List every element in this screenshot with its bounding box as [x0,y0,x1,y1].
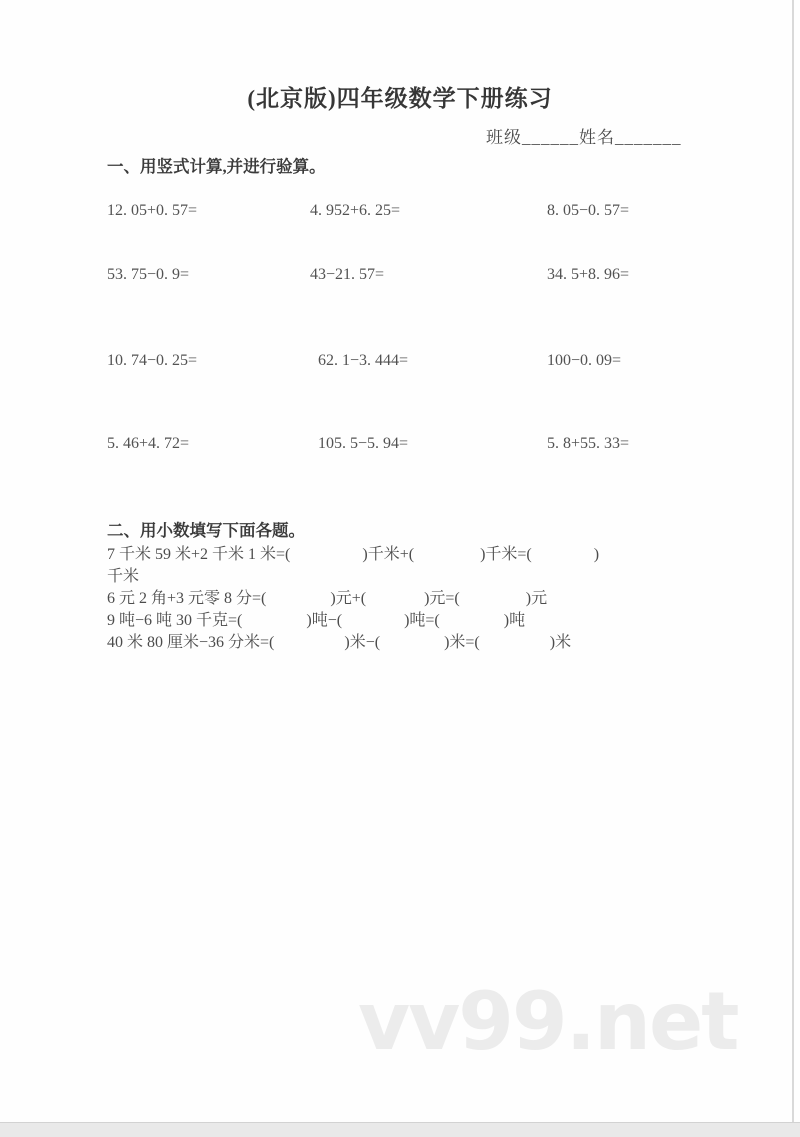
fill-line-text: )元=( [424,590,460,607]
fill-line-text: )米=( [444,634,480,651]
answer-blank [290,558,362,559]
math-problem: 105. 5−5. 94= [318,435,408,453]
math-problem: 4. 952+6. 25= [310,202,400,220]
math-problem: 43−21. 57= [310,266,384,284]
answer-blank [480,646,550,647]
math-problem: 5. 8+55. 33= [547,435,629,453]
class-name-line: 班级______姓名_______ [486,123,682,148]
fill-line-text: )吨−( [306,612,342,629]
section1-heading: 一、用竖式计算,并进行验算。 [107,153,326,177]
math-problem: 34. 5+8. 96= [547,266,629,284]
answer-blank [342,624,404,625]
answer-blank [460,602,526,603]
fill-line-text: )吨 [504,612,525,629]
math-problem: 100−0. 09= [547,352,621,370]
fill-line-text: )吨=( [404,612,440,629]
fill-line-text: 7 千米 59 米+2 千米 1 米=( [107,546,290,563]
fill-line-text: )元+( [330,590,366,607]
math-problem: 10. 74−0. 25= [107,352,197,370]
fill-line-text: )千米=( [480,546,532,563]
fill-blank-line: 7 千米 59 米+2 千米 1 米=()千米+()千米=() [107,541,599,564]
fill-blank-line: 6 元 2 角+3 元零 8 分=()元+()元=()元 [107,585,547,608]
fill-line-text: 40 米 80 厘米−36 分米=( [107,634,274,651]
answer-blank [274,646,344,647]
answer-blank [414,558,480,559]
answer-blank [366,602,424,603]
site-watermark: vv99.net [358,982,737,1062]
page-bottom-strip [0,1122,800,1137]
answer-blank [380,646,444,647]
math-problem: 53. 75−0. 9= [107,266,189,284]
fill-blank-line-continuation: 千米 [107,563,139,586]
worksheet-page: (北京版)四年级数学下册练习 班级______姓名_______ 一、用竖式计算… [0,0,800,1137]
page-right-edge [792,0,794,1122]
fill-line-text: 6 元 2 角+3 元零 8 分=( [107,590,266,607]
fill-line-text: )米 [550,634,571,651]
fill-blank-line: 40 米 80 厘米−36 分米=()米−()米=()米 [107,629,571,652]
answer-blank [440,624,504,625]
fill-line-text: )千米+( [362,546,414,563]
math-problem: 5. 46+4. 72= [107,435,189,453]
math-problem: 12. 05+0. 57= [107,202,197,220]
answer-blank [242,624,306,625]
section2-heading: 二、用小数填写下面各题。 [107,517,305,541]
answer-blank [266,602,330,603]
fill-line-text: 9 吨−6 吨 30 千克=( [107,612,242,629]
math-problem: 62. 1−3. 444= [318,352,408,370]
fill-line-text: )米−( [344,634,380,651]
fill-line-text: )元 [526,590,547,607]
fill-line-text: ) [594,546,599,563]
page-title: (北京版)四年级数学下册练习 [0,80,800,113]
fill-blank-line: 9 吨−6 吨 30 千克=()吨−()吨=()吨 [107,607,525,630]
math-problem: 8. 05−0. 57= [547,202,629,220]
answer-blank [532,558,594,559]
